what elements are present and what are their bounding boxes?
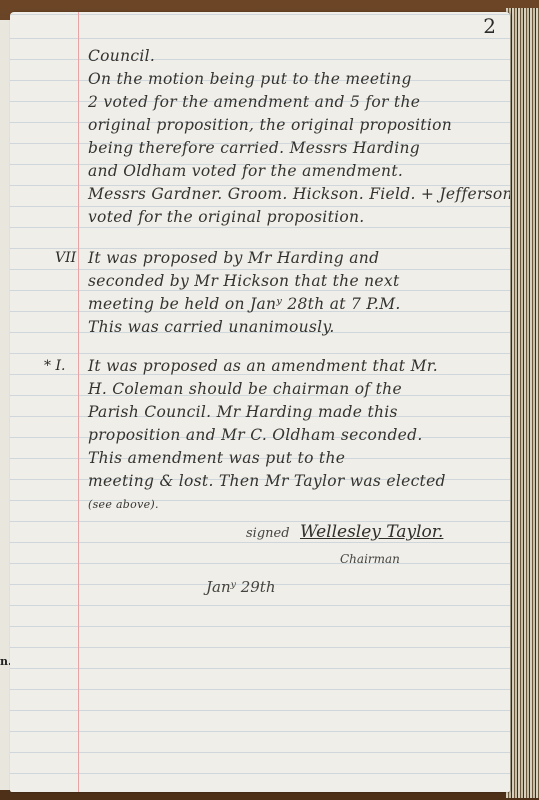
- minutes-line: On the motion being put to the meeting: [88, 69, 412, 90]
- minutes-line: Parish Council. Mr Harding made this: [88, 402, 398, 423]
- minutes-line: (see above).: [88, 494, 159, 515]
- minutes-line: meeting be held on Janʸ 28th at 7 P.M.: [88, 294, 401, 315]
- minutes-line: voted for the original proposition.: [88, 207, 365, 228]
- minutes-line: H. Coleman should be chairman of the: [88, 379, 402, 400]
- signature-prefix: signed: [246, 526, 290, 541]
- minutes-line: Council.: [88, 46, 155, 67]
- minutes-line: It was proposed by Mr Harding and: [88, 248, 379, 269]
- minutes-line: seconded by Mr Hickson that the next: [88, 271, 399, 292]
- minutes-line: being therefore carried. Messrs Harding: [88, 138, 420, 159]
- item-number-label: VII: [55, 250, 76, 266]
- margin-rule: [78, 12, 79, 792]
- minutes-line: This amendment was put to the: [88, 448, 345, 469]
- minutes-line: 2 voted for the amendment and 5 for the: [88, 92, 420, 113]
- minutes-line: Messrs Gardner. Groom. Hickson. Field. +…: [88, 184, 510, 205]
- page-number: 2: [483, 14, 496, 38]
- minutes-line: This was carried unanimously.: [88, 317, 335, 338]
- signature-date: Janʸ 29th: [206, 578, 276, 596]
- minutes-line: and Oldham voted for the amendment.: [88, 161, 403, 182]
- item-number-label: * I.: [44, 358, 65, 374]
- book-page-edges: [506, 8, 539, 798]
- ledger-page: 2 Council. On the motion being put to th…: [10, 12, 510, 792]
- signature-title: Chairman: [340, 552, 400, 566]
- signature-name: Wellesley Taylor.: [300, 522, 443, 542]
- minutes-line: meeting & lost. Then Mr Taylor was elect…: [88, 471, 446, 492]
- minutes-line: original proposition, the original propo…: [88, 115, 452, 136]
- minutes-line: It was proposed as an amendment that Mr.: [88, 356, 438, 377]
- minutes-line: proposition and Mr C. Oldham seconded.: [88, 425, 423, 446]
